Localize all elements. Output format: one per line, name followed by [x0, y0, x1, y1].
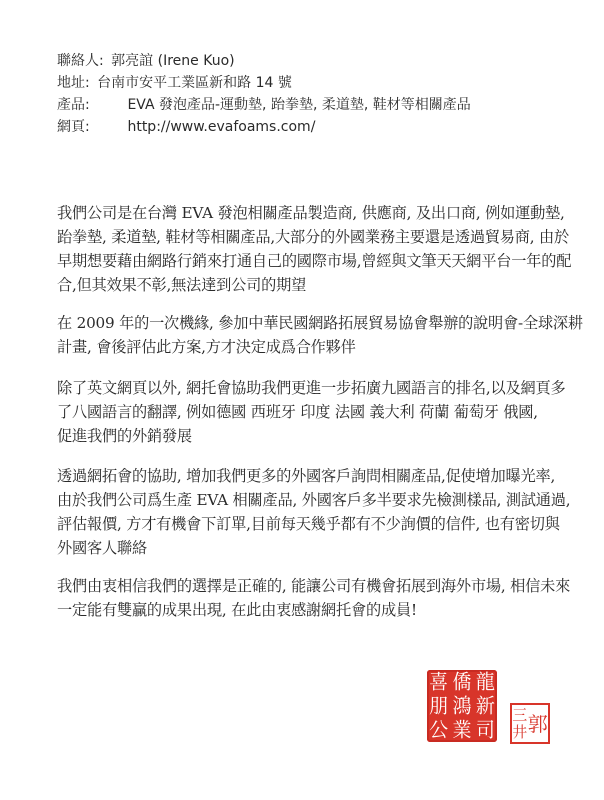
seal-char: 新	[474, 696, 497, 716]
text-line: 一定能有雙贏的成果出現, 在此由衷感謝網托會的成員!	[57, 598, 570, 622]
text-line: 早期想要藉由網路行銷來打通自己的國際市場,曾經與文筆天天網平台一年的配	[57, 249, 597, 273]
contact-person-row: 聯絡人: 郭亮誼 (Irene Kuo)	[57, 50, 471, 72]
seal-char: 僑	[450, 672, 473, 692]
products-value: EVA 發泡產品-運動墊, 跆拳墊, 柔道墊, 鞋材等相關產品	[127, 97, 470, 113]
text-line: 計畫, 會後評估此方案,方才決定成爲合作夥伴	[57, 335, 583, 359]
address-label: 地址:	[57, 72, 90, 94]
text-line: 了八國語言的翻譯, 例如德國 西班牙 印度 法國 義大利 荷蘭 葡萄牙 俄國,	[57, 400, 565, 424]
text-line: 合,但其效果不彰,無法達到公司的期望	[57, 273, 597, 297]
contact-person-value: 郭亮誼 (Irene Kuo)	[111, 53, 234, 69]
seal-left-column: 三 井	[512, 708, 527, 740]
letter-body: 我們公司是在台灣 EVA 發泡相關產品製造商, 供應商, 及出口商, 例如運動墊…	[57, 201, 597, 297]
text-line: 我們公司是在台灣 EVA 發泡相關產品製造商, 供應商, 及出口商, 例如運動墊…	[57, 201, 597, 225]
address-row: 地址: 台南市安平工業區新和路 14 號	[57, 72, 471, 94]
seal-char: 業	[450, 720, 473, 740]
paragraph-3: 除了英文網頁以外, 網托會協助我們更進一步拓廣九國語言的排名,以及網頁多 了八國…	[57, 376, 565, 448]
paragraph-1: 我們公司是在台灣 EVA 發泡相關產品製造商, 供應商, 及出口商, 例如運動墊…	[57, 201, 597, 297]
text-line: 外國客人聯絡	[57, 536, 570, 560]
seal-char: 司	[474, 720, 497, 740]
text-line: 在 2009 年的一次機緣, 參加中華民國網路拓展貿易協會舉辦的說明會-全球深耕	[57, 311, 583, 335]
contact-person-label: 聯絡人:	[57, 50, 104, 72]
paragraph-5: 我們由衷相信我們的選擇是正確的, 能讓公司有機會拓展到海外市場, 相信未來 一定…	[57, 574, 570, 622]
paragraph-4: 透過網拓會的協助, 增加我們更多的外國客戶詢問相關產品,促使增加曝光率, 由於我…	[57, 464, 570, 560]
products-label: 產品:	[57, 94, 109, 116]
seal-char: 朋	[427, 696, 450, 716]
text-line: 跆拳墊, 柔道墊, 鞋材等相關產品,大部分的外國業務主要還是透過貿易商, 由於	[57, 225, 597, 249]
website-link[interactable]: http://www.evafoams.com/	[127, 119, 315, 135]
contact-info: 聯絡人: 郭亮誼 (Irene Kuo) 地址: 台南市安平工業區新和路 14 …	[57, 50, 471, 138]
seal-char: 郭	[528, 714, 548, 734]
seal-right-column: 郭	[528, 714, 548, 734]
paragraph-2: 在 2009 年的一次機緣, 參加中華民國網路拓展貿易協會舉辦的說明會-全球深耕…	[57, 311, 583, 359]
seal-char: 三	[512, 708, 527, 723]
seal-char: 井	[512, 725, 527, 740]
seal-char: 鴻	[450, 696, 473, 716]
personal-seal-stamp: 郭 三 井	[510, 703, 550, 744]
seal-char: 公	[427, 720, 450, 740]
text-line: 由於我們公司爲生產 EVA 相關產品, 外國客戶多半要求先檢測樣品, 測試通過,	[57, 488, 570, 512]
text-line: 我們由衷相信我們的選擇是正確的, 能讓公司有機會拓展到海外市場, 相信未來	[57, 574, 570, 598]
text-line: 除了英文網頁以外, 網托會協助我們更進一步拓廣九國語言的排名,以及網頁多	[57, 376, 565, 400]
text-line: 促進我們的外銷發展	[57, 424, 565, 448]
products-row: 產品: EVA 發泡產品-運動墊, 跆拳墊, 柔道墊, 鞋材等相關產品	[57, 94, 471, 116]
company-seal-stamp: 喜 僑 龍 朋 鴻 新 公 業 司	[427, 670, 497, 742]
text-line: 評估報價, 方才有機會下訂單,目前每天幾乎都有不少詢價的信件, 也有密切與	[57, 512, 570, 536]
website-label: 網頁:	[57, 116, 109, 138]
address-value: 台南市安平工業區新和路 14 號	[97, 75, 292, 91]
seal-char: 喜	[427, 672, 450, 692]
text-line: 透過網拓會的協助, 增加我們更多的外國客戶詢問相關產品,促使增加曝光率,	[57, 464, 570, 488]
website-row: 網頁: http://www.evafoams.com/	[57, 116, 471, 138]
seal-char: 龍	[474, 672, 497, 692]
